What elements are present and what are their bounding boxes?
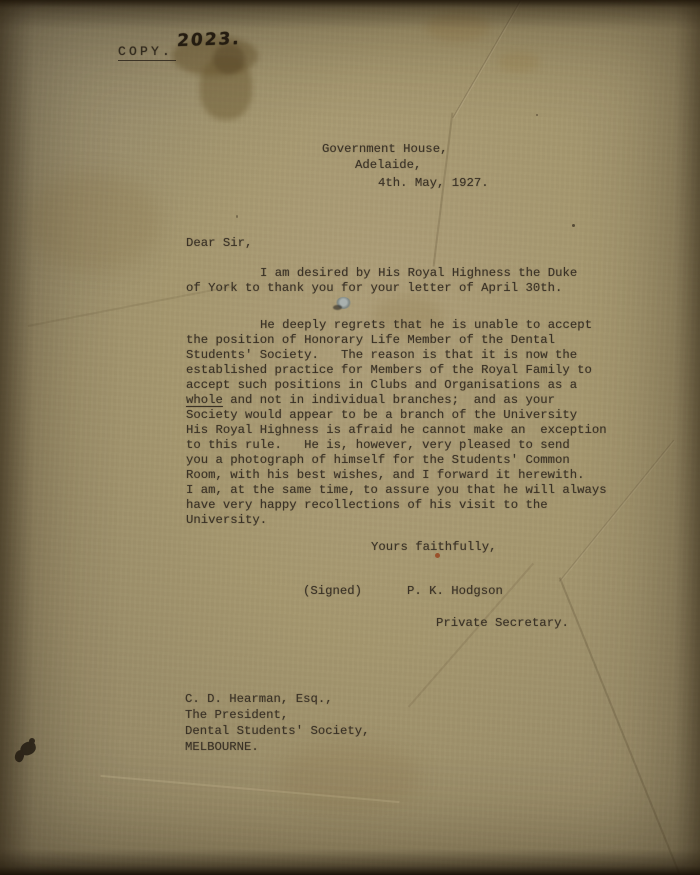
- text-line: Room, with his best wishes, and I forwar…: [186, 468, 607, 483]
- text-line: MELBOURNE.: [185, 739, 369, 755]
- ink-smudge-rim: [333, 305, 342, 310]
- text-line: accept such positions in Clubs and Organ…: [186, 378, 592, 393]
- underlined-word: whole: [186, 393, 223, 407]
- letterhead-line-2: Adelaide,: [355, 158, 421, 173]
- paragraph-2-part-b: Society would appear to be a branch of t…: [186, 408, 607, 528]
- text-line: of York to thank you for your letter of …: [186, 281, 577, 296]
- text-line: established practice for Members of the …: [186, 363, 592, 378]
- text-line: His Royal Highness is afraid he cannot m…: [186, 423, 607, 438]
- text-line: University.: [186, 513, 607, 528]
- copy-stamp: COPY.: [118, 44, 176, 61]
- text-line: He deeply regrets that he is unable to a…: [186, 318, 592, 333]
- ink-blot: [14, 738, 48, 770]
- signature-name: P. K. Hodgson: [407, 584, 503, 599]
- text-line: Students' Society. The reason is that it…: [186, 348, 592, 363]
- paragraph-2-underline-line: whole and not in individual branches; an…: [186, 393, 555, 408]
- text-line: The President,: [185, 707, 369, 723]
- letterhead-date: 4th. May, 1927.: [378, 176, 489, 191]
- text-line: the position of Honorary Life Member of …: [186, 333, 592, 348]
- text-line: C. D. Hearman, Esq.,: [185, 691, 369, 707]
- paragraph-2-part-a: He deeply regrets that he is unable to a…: [186, 318, 592, 393]
- text-line: I am desired by His Royal Highness the D…: [186, 266, 577, 281]
- letterhead-line-1: Government House,: [322, 142, 447, 157]
- closing-line: Yours faithfully,: [371, 540, 496, 555]
- scanned-letter-page: COPY. 2023. Government House, Adelaide, …: [0, 0, 700, 875]
- handwritten-number: 2023.: [176, 32, 241, 49]
- text-line: I am, at the same time, to assure you th…: [186, 483, 607, 498]
- underline-line-rest: and not in individual branches; and as y…: [223, 393, 555, 407]
- salutation: Dear Sir,: [186, 236, 252, 251]
- text-line: have very happy recollections of his vis…: [186, 498, 607, 513]
- text-line: you a photograph of himself for the Stud…: [186, 453, 607, 468]
- text-line: to this rule. He is, however, very pleas…: [186, 438, 607, 453]
- signed-label: (Signed): [303, 584, 362, 599]
- text-line: Society would appear to be a branch of t…: [186, 408, 607, 423]
- paragraph-1: I am desired by His Royal Highness the D…: [186, 266, 577, 296]
- signature-role: Private Secretary.: [436, 616, 569, 631]
- text-line: Dental Students' Society,: [185, 723, 369, 739]
- recipient-address: C. D. Hearman, Esq.,The President,Dental…: [185, 691, 369, 755]
